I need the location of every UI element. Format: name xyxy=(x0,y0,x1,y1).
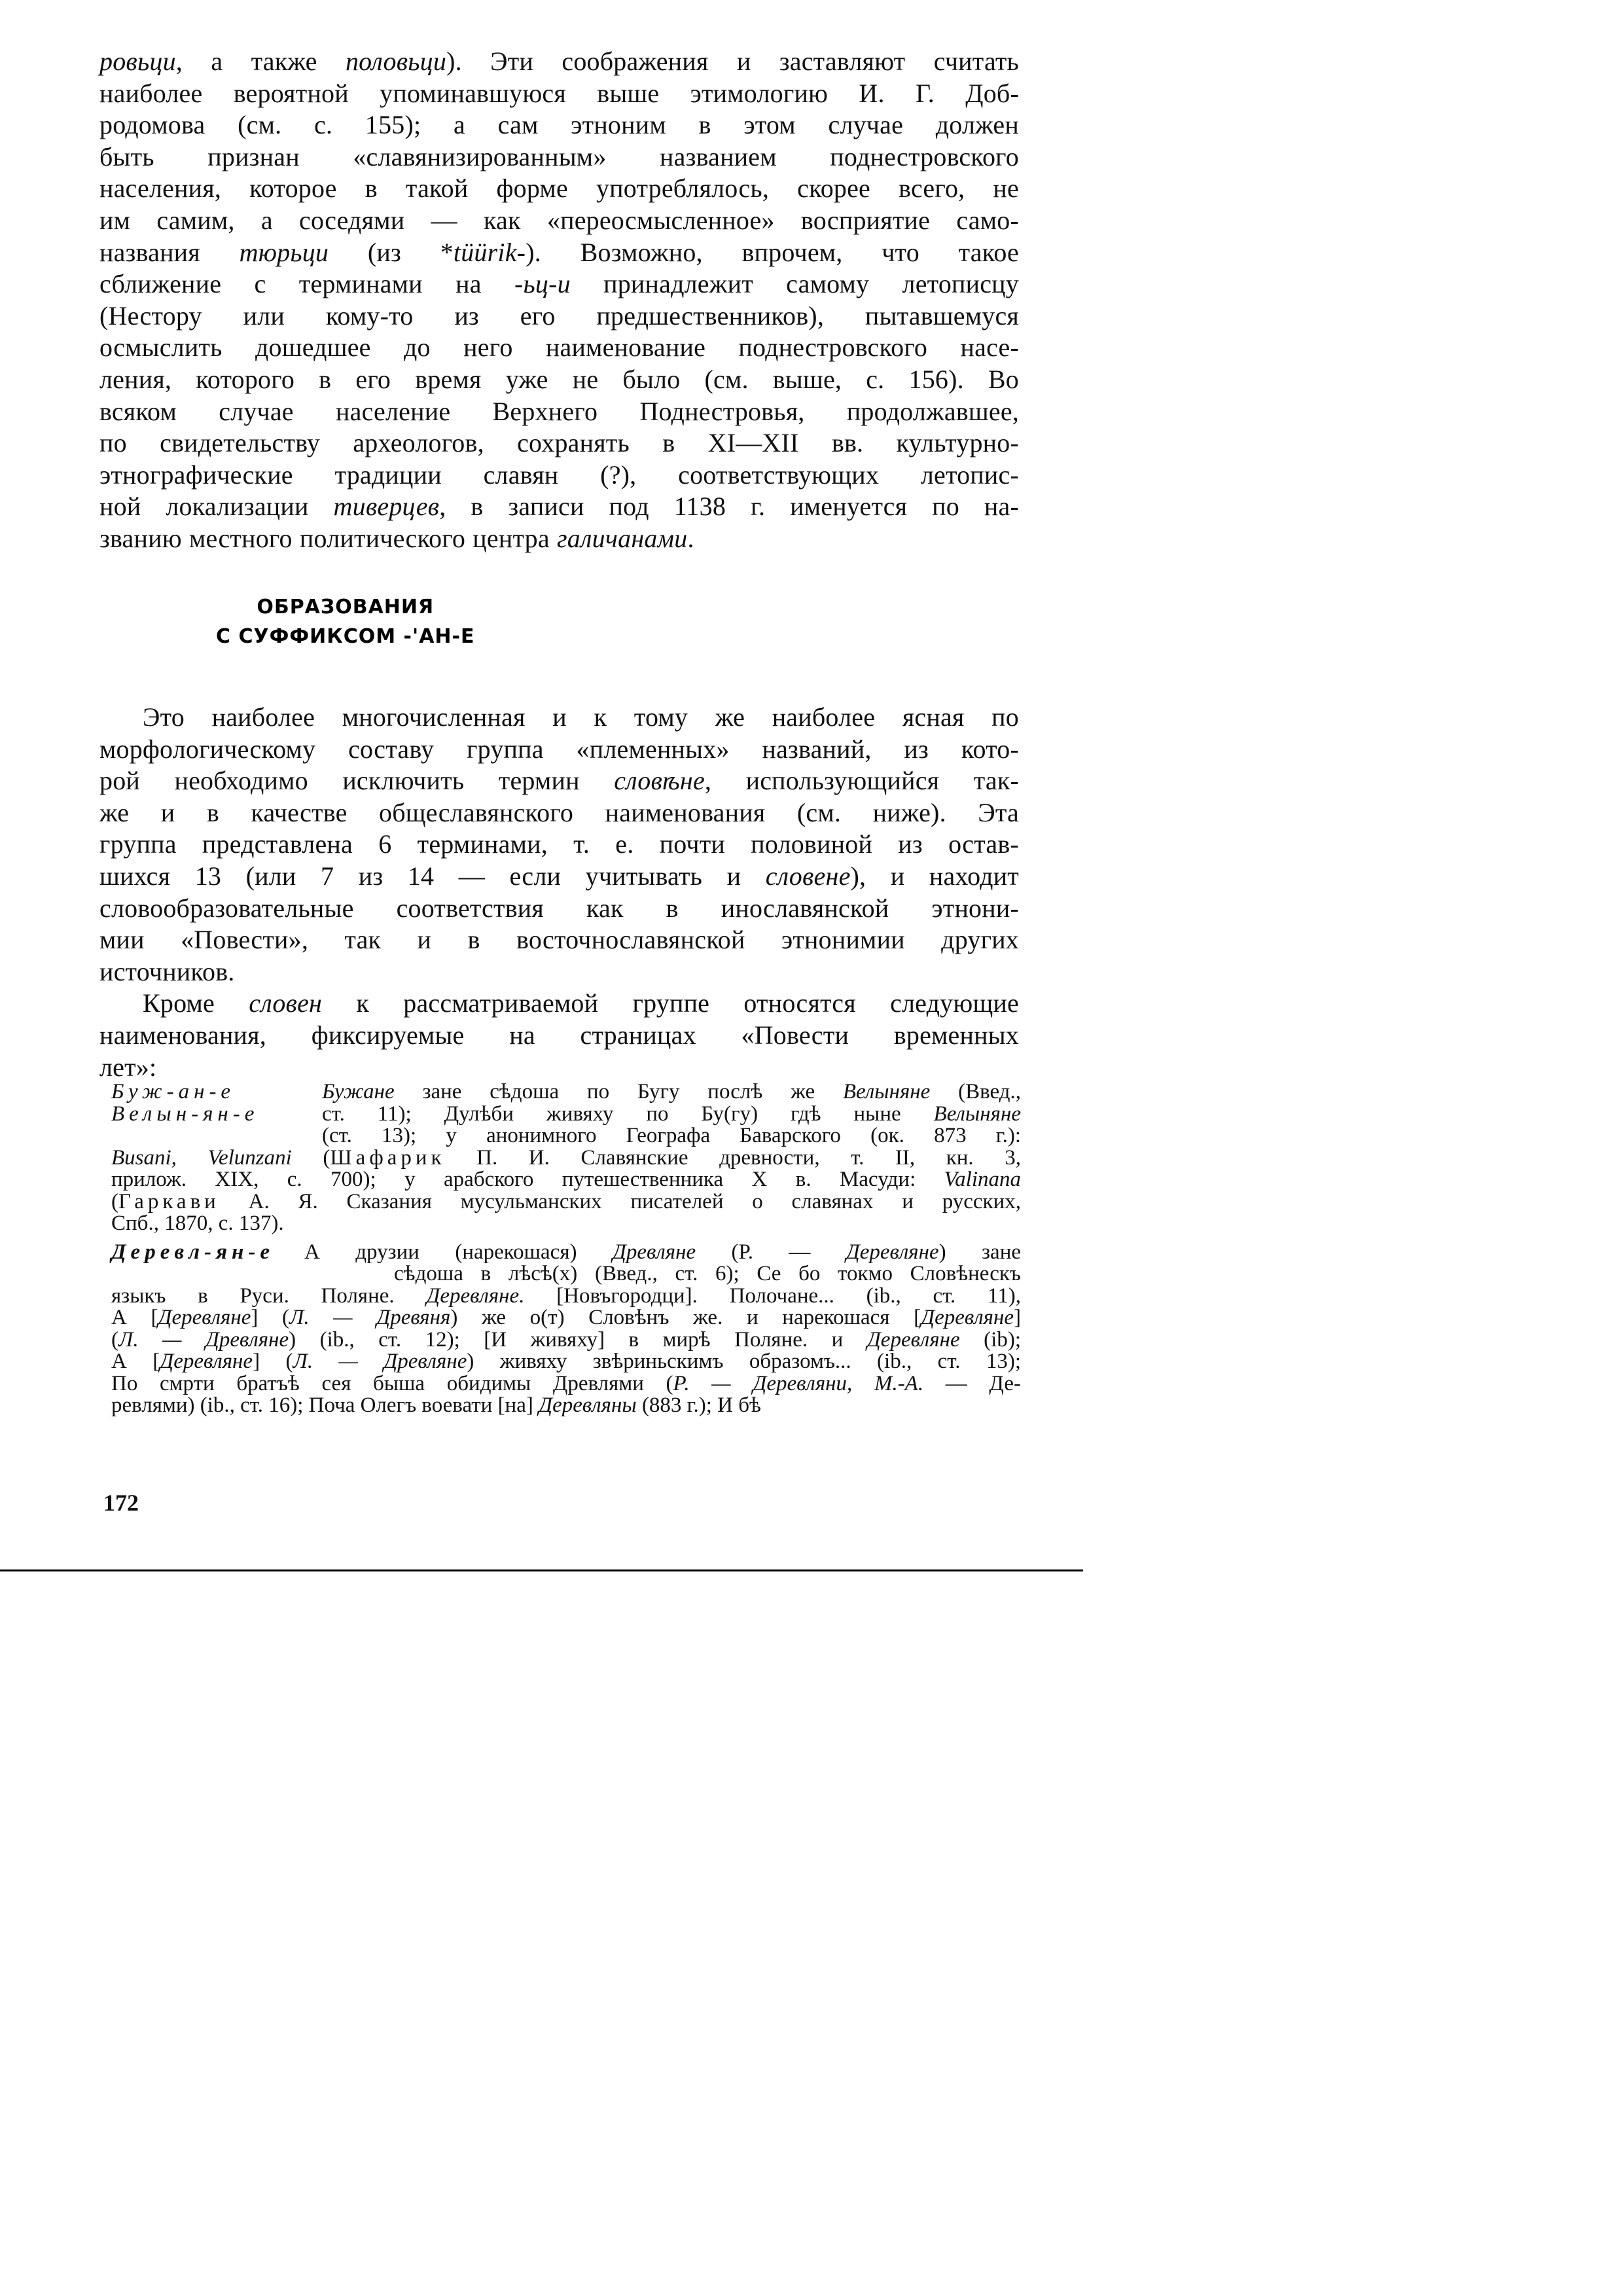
text-line: ления, которого в его время уже не было … xyxy=(99,364,1019,396)
text-run: ревлями) (ib., ст. 16); Поча Олегъ воева… xyxy=(111,1393,539,1417)
italic-term: Л. — Древяня xyxy=(289,1306,450,1329)
italic-term: Р. — Деревляни, М.-А. xyxy=(673,1372,924,1395)
italic-term: Деревляны xyxy=(539,1393,637,1417)
text-line: всяком случае население Верхнего Поднест… xyxy=(99,396,1019,428)
text-run: ) же о(т) Словѣнъ же. и нарекошася [ xyxy=(450,1306,921,1329)
text-run: , использующийся так- xyxy=(705,766,1019,795)
text-run: ления, которого в его время уже не было … xyxy=(99,365,1019,394)
entry-line: ревлями) (ib., ст. 16); Поча Олегъ воева… xyxy=(111,1395,1021,1417)
entry-line: языкъ в Руси. Поляне. Деревляне. [Новъго… xyxy=(111,1285,1021,1308)
entry-citation: Бужане зане сѣдоша по Бугу послѣ же Велы… xyxy=(322,1081,1021,1103)
entry-citation: А друзии (нарекошася) Древляне (Р. — Дер… xyxy=(304,1242,1021,1264)
text-line: морфологическому составу группа «племенн… xyxy=(99,734,1019,766)
text-run: всяком случае население Верхнего Поднест… xyxy=(99,397,1019,426)
dictionary-entry: Деревл-ян-еА друзии (нарекошася) Древлян… xyxy=(111,1242,1021,1417)
text-run: (Введ., xyxy=(930,1080,1021,1103)
text-run: же и в качестве общеславянского наименов… xyxy=(99,798,1019,827)
text-line: ной локализации тиверцев, в записи под 1… xyxy=(99,491,1019,523)
text-run: Это наиболее многочисленная и к тому же … xyxy=(143,702,1019,732)
text-run: , а также xyxy=(176,46,346,76)
text-line: мии «Повести», так и в восточнославянско… xyxy=(99,924,1019,956)
entry-line: Спб., 1870, с. 137). xyxy=(111,1213,1021,1235)
entry-line: Busani, Velunzani (Шафарик П. И. Славянс… xyxy=(111,1147,1021,1170)
text-line: этнографические традиции славян (?), соо… xyxy=(99,459,1019,492)
text-line: населения, которое в такой форме употреб… xyxy=(99,173,1019,205)
text-run: , в записи под 1138 г. именуется по на- xyxy=(439,492,1019,521)
text-run: лет»: xyxy=(99,1052,156,1082)
text-run: мии «Повести», так и в восточнославянско… xyxy=(99,925,1019,954)
text-run: ) (ib., ст. 12); [И живяху] в мирѣ Полян… xyxy=(289,1328,867,1352)
text-run: П. И. Славянские древности, т. II, кн. 3… xyxy=(446,1146,1021,1170)
text-run: сѣдоша в лѣсѣ(х) (Введ., ст. 6); Се бо т… xyxy=(394,1262,1021,1285)
entry-line: сѣдоша в лѣсѣ(х) (Введ., ст. 6); Се бо т… xyxy=(111,1263,1021,1285)
section-body: Это наиболее многочисленная и к тому же … xyxy=(99,702,1019,1083)
text-line: быть признан «славянизированным» названи… xyxy=(99,141,1019,173)
text-run: группа представлена 6 терминами, т. е. п… xyxy=(99,829,1019,859)
section-heading-line-1: ОБРАЗОВАНИЯ xyxy=(216,592,474,622)
section-heading-line-2: С СУФФИКСОМ -'АН-Е xyxy=(216,622,474,651)
italic-term: Л. — Древляне xyxy=(118,1328,289,1352)
text-line: званию местного политического центра гал… xyxy=(99,523,1019,555)
text-run: ). Эти соображения и заставляют считать xyxy=(446,46,1019,76)
entry-line: прилож. XIX, с. 700); у арабского путеше… xyxy=(111,1169,1021,1191)
italic-term: Л. — Древляне xyxy=(293,1350,467,1373)
text-run: (883 г.); И бѣ xyxy=(637,1393,761,1417)
page-body-top: ровьци, а также половьци). Эти соображен… xyxy=(99,46,1019,555)
text-run: Спб., 1870, с. 137). xyxy=(111,1211,284,1235)
text-line: наиболее вероятной упоминавшуюся выше эт… xyxy=(99,78,1019,110)
text-run: по свидетельству археологов, сохранять в… xyxy=(99,428,1019,457)
head-word: Велын-ян-е xyxy=(111,1103,322,1126)
text-run: ] ( xyxy=(251,1306,289,1329)
italic-term: тюрьци xyxy=(240,238,329,267)
page-bottom-rule xyxy=(0,1570,1083,1571)
head-word: Буж-ан-е xyxy=(111,1081,322,1103)
text-run: населения, которое в такой форме употреб… xyxy=(99,173,1019,203)
text-line: по свидетельству археологов, сохранять в… xyxy=(99,427,1019,459)
italic-term: -ьц-и xyxy=(514,269,571,298)
text-run: По смрти братъѣ сея быша обидимы Древлям… xyxy=(111,1372,673,1395)
italic-term: Деревляне xyxy=(867,1328,960,1352)
italic-term: Бужане xyxy=(322,1080,395,1103)
entry-line: Велын-ян-ест. 11); Дулѣби живяху по Бу(г… xyxy=(111,1103,1021,1126)
paragraph-intro: Это наиболее многочисленная и к тому же … xyxy=(99,702,1019,988)
text-run: А друзии (нарекошася) xyxy=(304,1240,613,1264)
italic-term: Деревляне xyxy=(846,1240,939,1264)
text-run: к рассматриваемой группе относятся следу… xyxy=(322,988,1019,1018)
text-run: словообразовательные соответствия как в … xyxy=(99,893,1019,923)
text-run: этнографические традиции славян (?), соо… xyxy=(99,460,1019,490)
text-line: осмыслить дошедшее до него наименование … xyxy=(99,332,1019,364)
paragraph-list-intro: Кроме словен к рассматриваемой группе от… xyxy=(99,988,1019,1083)
entry-line: Буж-ан-еБужане зане сѣдоша по Бугу послѣ… xyxy=(111,1081,1021,1103)
italic-term: Деревляне xyxy=(921,1306,1014,1329)
text-run: А [ xyxy=(111,1350,160,1373)
text-run: источников. xyxy=(99,957,235,986)
entry-line: (Гаркави А. Я. Сказания мусульманских пи… xyxy=(111,1191,1021,1213)
text-line: шихся 13 (или 7 из 14 — если учитывать и… xyxy=(99,861,1019,893)
text-run: Кроме xyxy=(143,988,249,1018)
text-run: ), и находит xyxy=(851,861,1019,891)
text-line: группа представлена 6 терминами, т. е. п… xyxy=(99,829,1019,861)
text-run: морфологическому составу группа «племенн… xyxy=(99,734,1019,764)
text-run: (из * xyxy=(329,238,454,267)
text-run: ] ( xyxy=(253,1350,293,1373)
text-run: ст. 11); Дулѣби живяху по Бу(гу) гдѣ нын… xyxy=(322,1102,934,1126)
entry-line: По смрти братъѣ сея быша обидимы Древлям… xyxy=(111,1373,1021,1395)
text-run: ). Возможно, впрочем, что такое xyxy=(526,238,1019,267)
text-line: ровьци, а также половьци). Эти соображен… xyxy=(99,46,1019,78)
entry-line: А [Деревляне] (Л. — Древяня) же о(т) Сло… xyxy=(111,1307,1021,1329)
text-run: сближение с терминами на xyxy=(99,269,514,298)
text-run: [Новъгородци]. Полочане... (ib., ст. 11)… xyxy=(524,1284,1021,1308)
italic-term: словене xyxy=(766,861,851,891)
text-run: языкъ в Руси. Поляне. xyxy=(111,1284,426,1308)
text-line: Это наиболее многочисленная и к тому же … xyxy=(99,702,1019,734)
text-run: осмыслить дошедшее до него наименование … xyxy=(99,332,1019,362)
section-heading: ОБРАЗОВАНИЯ С СУФФИКСОМ -'АН-Е xyxy=(216,592,474,651)
text-run: (Р. — xyxy=(696,1240,846,1264)
text-run: А [ xyxy=(111,1306,158,1329)
text-run: — Де- xyxy=(923,1372,1021,1395)
page-number: 172 xyxy=(103,1489,139,1516)
entry-line: (ст. 13); у анонимного Географа Баварско… xyxy=(111,1125,1021,1147)
text-run: рой необходимо исключить термин xyxy=(99,766,614,795)
text-run: шихся 13 (или 7 из 14 — если учитывать и xyxy=(99,861,766,891)
text-run: (ib); xyxy=(960,1328,1021,1352)
dictionary-entry: Буж-ан-еБужане зане сѣдоша по Бугу послѣ… xyxy=(111,1081,1021,1235)
italic-term: Велыняне xyxy=(843,1080,930,1103)
text-run: (ст. 13); у анонимного Географа Баварско… xyxy=(322,1124,1021,1147)
text-run: наименования, фиксируемые на страницах «… xyxy=(99,1020,1019,1050)
text-run: наиболее вероятной упоминавшуюся выше эт… xyxy=(99,79,1019,108)
text-run: званию местного политического центра xyxy=(99,524,557,553)
text-line: источников. xyxy=(99,956,1019,988)
italic-term: словѣне xyxy=(614,766,705,795)
text-run: быть признан «славянизированным» названи… xyxy=(99,142,1019,171)
head-word: Деревл-ян-е xyxy=(111,1242,304,1264)
text-line: родомова (см. с. 155); а сам этноним в э… xyxy=(99,109,1019,141)
entries-list: Буж-ан-еБужане зане сѣдоша по Бугу послѣ… xyxy=(111,1081,1021,1424)
italic-term: половьци xyxy=(346,46,446,76)
italic-term: словен xyxy=(249,988,322,1018)
paragraph-etymology: ровьци, а также половьци). Эти соображен… xyxy=(99,46,1019,555)
text-run: прилож. XIX, с. 700); у арабского путеше… xyxy=(111,1168,944,1191)
text-run: ) зане xyxy=(939,1240,1021,1264)
text-line: наименования, фиксируемые на страницах «… xyxy=(99,1020,1019,1052)
text-run: зане сѣдоша по Бугу послѣ же xyxy=(395,1080,843,1103)
text-run: ) живяху звѣриньскимъ образомъ... (ib., … xyxy=(467,1350,1021,1373)
text-run: ( xyxy=(111,1190,118,1213)
text-line: лет»: xyxy=(99,1052,1019,1084)
entry-citation: ст. 11); Дулѣби живяху по Бу(гу) гдѣ нын… xyxy=(322,1103,1021,1126)
text-run: ( xyxy=(292,1146,330,1170)
italic-term: Деревляне. xyxy=(426,1284,524,1308)
text-run: (Нестору или кому-то из его предшественн… xyxy=(99,301,1019,331)
italic-term: Valinana xyxy=(944,1168,1021,1191)
text-line: названия тюрьци (из *tüürik-). Возможно,… xyxy=(99,237,1019,269)
text-run: родомова (см. с. 155); а сам этноним в э… xyxy=(99,110,1019,139)
italic-term: Велыняне xyxy=(934,1102,1021,1126)
italic-term: галичанами xyxy=(557,524,688,553)
italic-term: Деревляне xyxy=(160,1350,253,1373)
text-line: (Нестору или кому-то из его предшественн… xyxy=(99,300,1019,332)
author-name: Шафарик xyxy=(330,1146,445,1170)
text-run: принадлежит самому летописцу xyxy=(571,269,1019,298)
text-run: ( xyxy=(111,1328,118,1352)
text-run: им самим, а соседями — как «переосмыслен… xyxy=(99,206,1019,235)
text-run: А. Я. Сказания мусульманских писателей о… xyxy=(220,1190,1021,1213)
italic-term: Древляне xyxy=(613,1240,696,1264)
text-run: ной локализации xyxy=(99,492,334,521)
text-run: ] xyxy=(1014,1306,1021,1329)
text-line: сближение с терминами на -ьц-и принадлеж… xyxy=(99,268,1019,300)
italic-term: tüürik- xyxy=(454,238,526,267)
text-line: рой необходимо исключить термин словѣне,… xyxy=(99,765,1019,797)
text-line: же и в качестве общеславянского наименов… xyxy=(99,797,1019,829)
text-line: Кроме словен к рассматриваемой группе от… xyxy=(99,988,1019,1020)
italic-term: Busani, Velunzani xyxy=(111,1146,292,1170)
author-name: Гаркави xyxy=(118,1190,220,1213)
entry-line: Деревл-ян-еА друзии (нарекошася) Древлян… xyxy=(111,1242,1021,1264)
italic-term: Деревляне xyxy=(158,1306,251,1329)
text-line: словообразовательные соответствия как в … xyxy=(99,893,1019,925)
italic-term: ровьци xyxy=(99,46,176,76)
entry-line: (Л. — Древляне) (ib., ст. 12); [И живяху… xyxy=(111,1329,1021,1352)
text-line: им самим, а соседями — как «переосмыслен… xyxy=(99,205,1019,237)
text-run: . xyxy=(687,524,694,553)
text-run: названия xyxy=(99,238,240,267)
entry-line: А [Деревляне] (Л. — Древляне) живяху звѣ… xyxy=(111,1351,1021,1373)
italic-term: тиверцев xyxy=(334,492,440,521)
